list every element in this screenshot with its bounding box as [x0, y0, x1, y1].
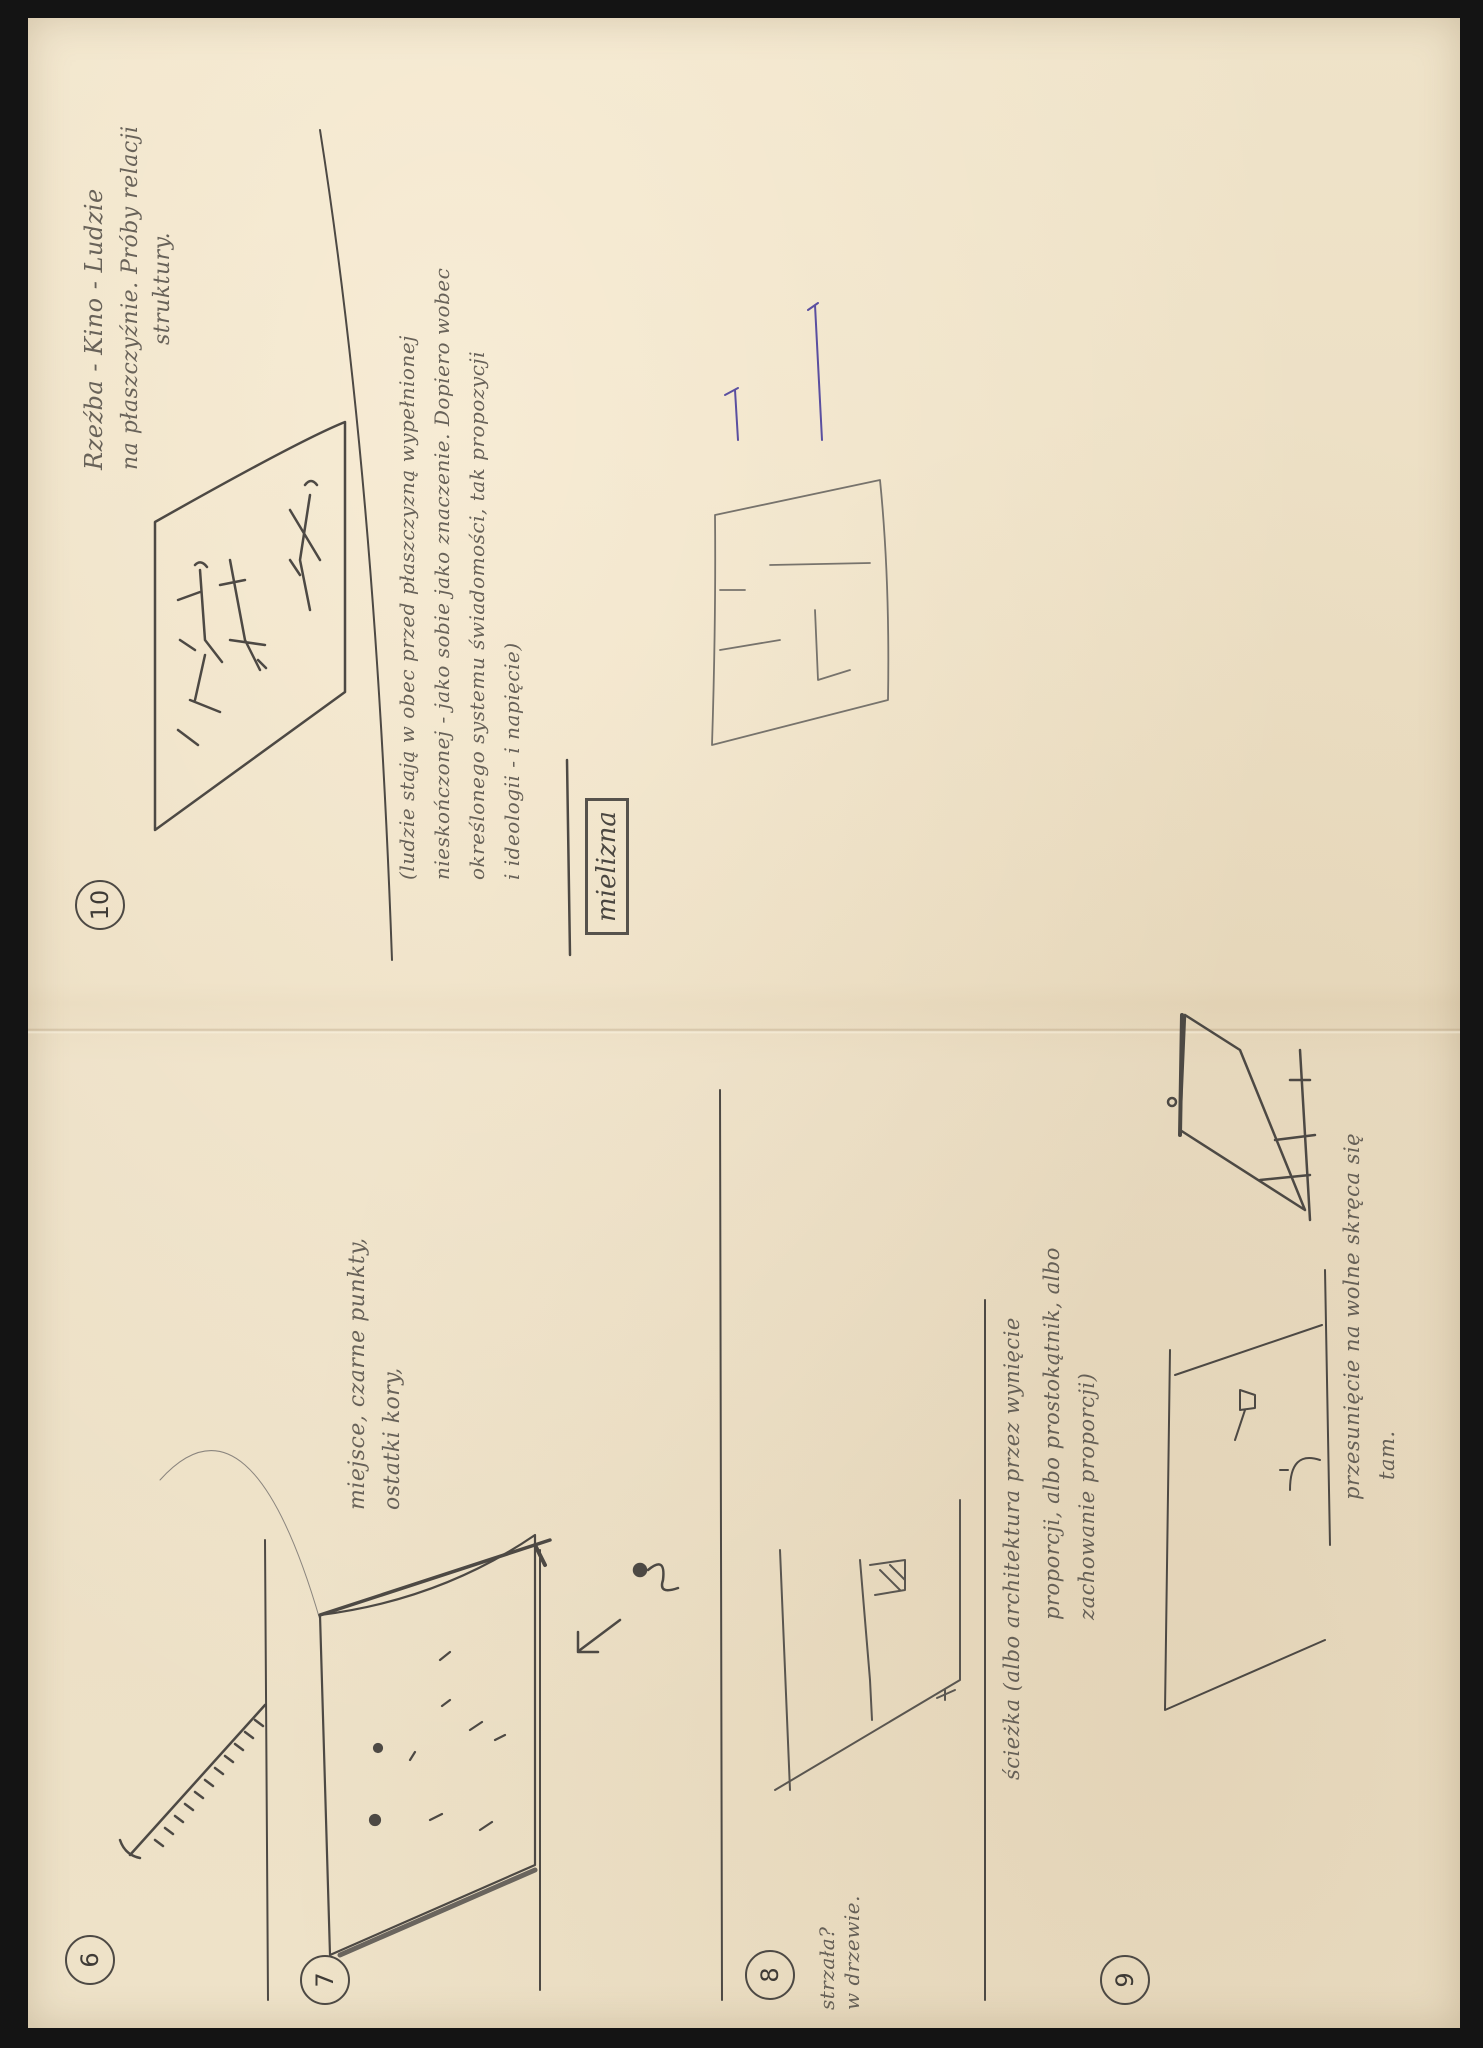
note-9-line-1: ścieżka (albo architektura przez wynięci… [1000, 1317, 1024, 1780]
note-10-line-2: na płaszczyźnie. Próby relacji [118, 125, 143, 470]
note-8-line-1: strzała? [815, 1927, 839, 2010]
note-10-line-3: struktury. [150, 232, 175, 345]
section-number-6: 6 [65, 1935, 115, 1985]
boxed-word: mielizna [585, 798, 629, 935]
divider-line-7-8 [720, 1090, 722, 2000]
note-10-line-4: (ludzie stają w obec przed płaszczyzną w… [395, 335, 419, 880]
hatched-line-sketch [120, 1705, 265, 1858]
note-9-line-2: proporcji, albo prostokątnik, albo [1040, 1247, 1064, 1620]
section-number-10: 10 [75, 880, 125, 930]
section-number-7: 7 [300, 1955, 350, 2005]
note-9-line-5: tam. [1375, 1430, 1399, 1480]
note-9-line-3: zachowanie proporcji) [1075, 1373, 1099, 1620]
figures-on-plane-sketch [155, 422, 345, 830]
slope-angle-sketch [1165, 1270, 1330, 1710]
note-10-line-6: określonego systemu świadomości, tak pro… [465, 351, 489, 880]
person-arrow-sketch [578, 1564, 678, 1652]
note-9-line-4: przesunięcie na wolne skręca się [1340, 1133, 1364, 1500]
divider-line-top [320, 130, 392, 960]
square-sketch [712, 480, 888, 745]
divider-line-6-7 [265, 1540, 268, 2000]
violet-marks [725, 303, 822, 440]
note-10-line-7: i ideologii - i napięcie) [500, 642, 524, 880]
bark-square-sketch [320, 1535, 550, 1990]
section-number-8: 8 [745, 1950, 795, 2000]
note-10-line-5: nieskończonej - jako sobie jako znaczeni… [430, 268, 454, 880]
pencil-sketches [0, 0, 1483, 2048]
section-number-9: 9 [1100, 1955, 1150, 2005]
parallelogram-sketch [1168, 1015, 1315, 1220]
tree-arrow-sketch [775, 1500, 960, 1790]
note-10-line-1: Rzeźba - Kino - Ludzie [80, 188, 108, 470]
note-7-line-1: miejsce, czarne punkty, [345, 1237, 370, 1510]
note-7-line-2: ostatki kory, [380, 1367, 405, 1510]
note-8-line-2: w drzewie. [840, 1895, 864, 2010]
